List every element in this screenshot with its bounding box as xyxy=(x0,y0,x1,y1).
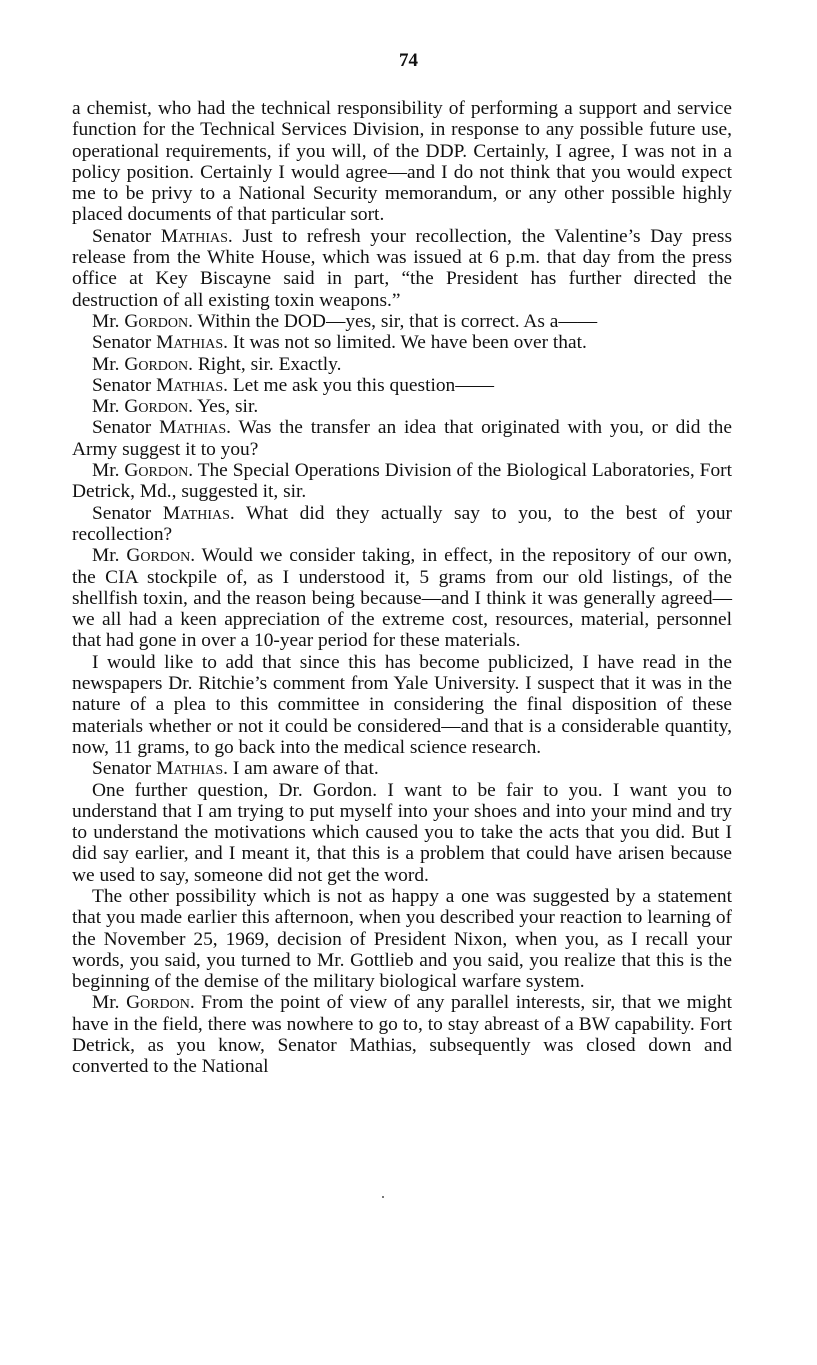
speaker-name: Mathias. xyxy=(163,503,235,524)
speaker-title: Mr. xyxy=(92,354,124,375)
paragraph-mathias-what-did-they-say: Senator Mathias. What did they actually … xyxy=(72,503,732,546)
paragraph-gordon-dod: Mr. Gordon. Within the DOD—yes, sir, tha… xyxy=(72,311,732,332)
speaker-name: Mathias. xyxy=(156,332,228,353)
speaker-title: Senator xyxy=(92,375,156,396)
paragraph-gordon-ritchie: I would like to add that since this has … xyxy=(72,652,732,758)
paragraph-text: I would like to add that since this has … xyxy=(72,652,732,758)
paragraph-text: It was not so limited. We have been over… xyxy=(228,332,587,353)
paragraph-gordon-repository: Mr. Gordon. Would we consider taking, in… xyxy=(72,545,732,651)
speaker-title: Senator xyxy=(92,332,156,353)
paragraph-mathias-press-release: Senator Mathias. Just to refresh your re… xyxy=(72,226,732,311)
paragraph-mathias-further-question: One further question, Dr. Gordon. I want… xyxy=(72,780,732,886)
speaker-name: Mathias. xyxy=(156,375,228,396)
speaker-title: Mr. xyxy=(92,460,124,481)
speaker-name: Gordon. xyxy=(124,396,193,417)
paragraph-mathias-other-possibility: The other possibility which is not as ha… xyxy=(72,886,732,992)
paragraph-mathias-not-limited: Senator Mathias. It was not so limited. … xyxy=(72,332,732,353)
paragraph-mathias-transfer: Senator Mathias. Was the transfer an ide… xyxy=(72,417,732,460)
speaker-name: Gordon. xyxy=(124,460,193,481)
paragraph-gordon-special-ops: Mr. Gordon. The Special Operations Divis… xyxy=(72,460,732,503)
speaker-title: Senator xyxy=(92,503,163,524)
speaker-name: Gordon. xyxy=(124,354,193,375)
paragraph-gordon-yes: Mr. Gordon. Yes, sir. xyxy=(72,396,732,417)
paragraph-mathias-aware: Senator Mathias. I am aware of that. xyxy=(72,758,732,779)
paragraph-text: Let me ask you this question—— xyxy=(228,375,494,396)
speaker-title: Mr. xyxy=(92,545,126,566)
speaker-name: Gordon. xyxy=(126,545,195,566)
speaker-title: Mr. xyxy=(92,396,124,417)
paragraph-text: Yes, sir. xyxy=(193,396,258,417)
speaker-name: Mathias. xyxy=(159,417,231,438)
speaker-title: Senator xyxy=(92,417,159,438)
paragraph-text: Right, sir. Exactly. xyxy=(193,354,341,375)
paragraph-text: The other possibility which is not as ha… xyxy=(72,886,732,992)
speaker-name: Gordon. xyxy=(124,311,193,332)
speaker-name: Gordon. xyxy=(126,992,195,1013)
paragraph-mathias-question: Senator Mathias. Let me ask you this que… xyxy=(72,375,732,396)
speaker-name: Mathias. xyxy=(156,758,228,779)
paragraph-continuation: a chemist, who had the technical respons… xyxy=(72,98,732,226)
paragraph-text: a chemist, who had the technical respons… xyxy=(72,98,732,225)
paragraph-gordon-parallel-interests: Mr. Gordon. From the point of view of an… xyxy=(72,992,732,1077)
page-number: 74 xyxy=(0,50,817,72)
paragraph-text: One further question, Dr. Gordon. I want… xyxy=(72,780,732,886)
speaker-title: Senator xyxy=(92,758,156,779)
paragraph-gordon-right: Mr. Gordon. Right, sir. Exactly. xyxy=(72,354,732,375)
speaker-title: Senator xyxy=(92,226,161,247)
paragraph-text: Within the DOD—yes, sir, that is correct… xyxy=(193,311,597,332)
speaker-name: Mathias. xyxy=(161,226,233,247)
speaker-title: Mr. xyxy=(92,992,126,1013)
transcript-body: a chemist, who had the technical respons… xyxy=(72,98,732,1078)
speaker-title: Mr. xyxy=(92,311,124,332)
scan-speck xyxy=(382,1196,384,1198)
paragraph-text: I am aware of that. xyxy=(228,758,379,779)
